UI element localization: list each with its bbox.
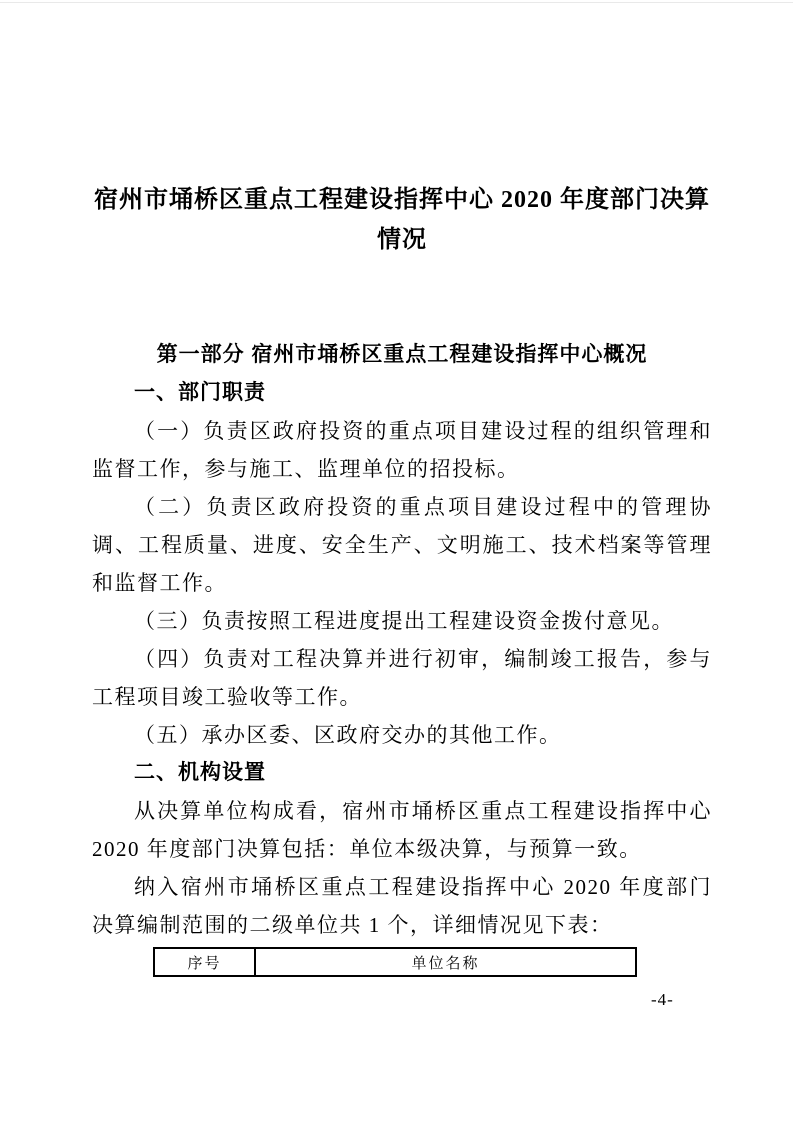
- document-title-line2: 情况: [92, 220, 712, 260]
- org-paragraph-2: 纳入宿州市埇桥区重点工程建设指挥中心 2020 年度部门决算编制范围的二级单位共…: [92, 868, 712, 944]
- unit-list-table: 序号 单位名称: [153, 947, 637, 977]
- duty-paragraph-2: （二）负责区政府投资的重点项目建设过程中的管理协调、工程质量、进度、安全生产、文…: [92, 488, 712, 602]
- document-title: 宿州市埇桥区重点工程建设指挥中心 2020 年度部门决算 情况: [92, 180, 712, 260]
- table-header-unit-name: 单位名称: [255, 948, 636, 976]
- duty-paragraph-4: （四）负责对工程决算并进行初审，编制竣工报告，参与工程项目竣工验收等工作。: [92, 640, 712, 716]
- page-number: -4-: [651, 990, 674, 1010]
- duty-paragraph-1: （一）负责区政府投资的重点项目建设过程的组织管理和监督工作，参与施工、监理单位的…: [92, 412, 712, 488]
- table-header-row: 序号 单位名称: [154, 948, 636, 976]
- duties-heading: 一、部门职责: [92, 374, 712, 412]
- document-page: 宿州市埇桥区重点工程建设指挥中心 2020 年度部门决算 情况 第一部分 宿州市…: [0, 0, 793, 1122]
- duty-paragraph-5: （五）承办区委、区政府交办的其他工作。: [92, 716, 712, 754]
- org-setup-heading: 二、机构设置: [92, 754, 712, 792]
- org-paragraph-1: 从决算单位构成看，宿州市埇桥区重点工程建设指挥中心 2020 年度部门决算包括：…: [92, 792, 712, 868]
- scan-edge-artifact: [0, 2, 793, 3]
- document-title-line1: 宿州市埇桥区重点工程建设指挥中心 2020 年度部门决算: [92, 180, 712, 220]
- table-header-seq: 序号: [154, 948, 255, 976]
- part1-heading: 第一部分 宿州市埇桥区重点工程建设指挥中心概况: [92, 336, 712, 374]
- duty-paragraph-3: （三）负责按照工程进度提出工程建设资金拨付意见。: [92, 602, 712, 640]
